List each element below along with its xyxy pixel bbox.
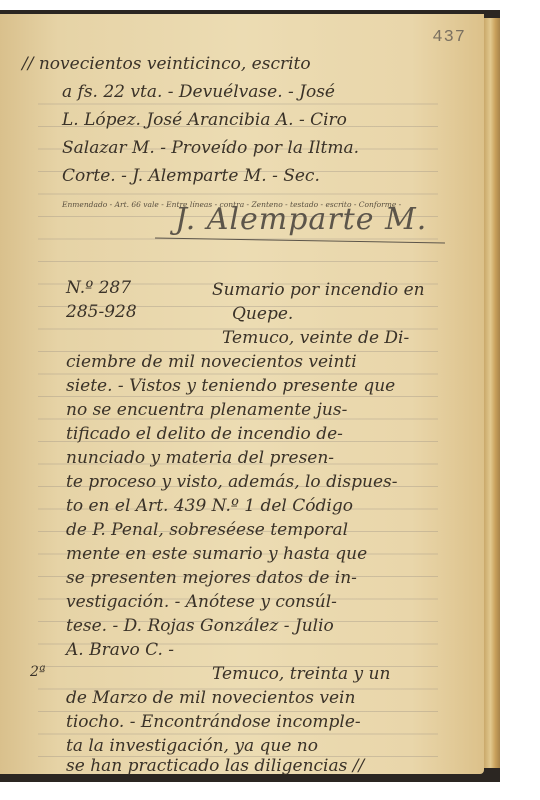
entry-subject-1: Sumario por incendio en (212, 280, 425, 300)
body-line-13: tese. - D. Rojas González - Julio (66, 616, 334, 636)
top-line-1: // novecientos veinticinco, escrito (22, 54, 311, 74)
second-line-5: se han practicado las diligencias // (66, 756, 364, 776)
body-line-5: tificado el delito de incendio de- (66, 424, 343, 444)
second-entry-margin-label: 2ª (30, 664, 46, 680)
body-line-6: nunciado y materia del presen- (66, 448, 334, 468)
body-line-10: mente en este sumario y hasta que (66, 544, 367, 564)
body-line-2: ciembre de mil novecientos veinti (66, 352, 357, 372)
ledger-page: 437 // novecientos veinticinco, escrito … (0, 14, 484, 774)
page-edge (484, 18, 500, 768)
body-line-14: A. Bravo C. - (66, 640, 174, 660)
body-line-3: siete. - Vistos y teniendo presente que (66, 376, 395, 396)
signature: J. Alemparte M. (175, 202, 427, 237)
top-line-5: Corte. - J. Alemparte M. - Sec. (62, 166, 320, 186)
body-line-12: vestigación. - Anótese y consúl- (66, 592, 337, 612)
body-line-7: te proceso y visto, además, lo dispues- (66, 472, 397, 492)
top-line-3: L. López. José Arancibia A. - Ciro (62, 110, 347, 130)
body-line-4: no se encuentra plenamente jus- (66, 400, 347, 420)
second-line-1: Temuco, treinta y un (212, 664, 390, 684)
top-line-2: a fs. 22 vta. - Devuélvase. - José (62, 82, 335, 102)
second-line-2: de Marzo de mil novecientos vein (66, 688, 355, 708)
second-line-4: ta la investigación, ya que no (66, 736, 318, 756)
top-line-4: Salazar M. - Proveído por la Iltma. (62, 138, 359, 158)
body-line-1: Temuco, veinte de Di- (222, 328, 409, 348)
entry-number: N.º 287 (66, 278, 131, 298)
body-line-9: de P. Penal, sobreséese temporal (66, 520, 348, 540)
page-number: 437 (432, 28, 466, 47)
case-number: 285-928 (66, 302, 137, 322)
second-line-3: tiocho. - Encontrándose incomple- (66, 712, 361, 732)
ledger-book: 437 // novecientos veinticinco, escrito … (0, 10, 500, 782)
body-line-11: se presenten mejores datos de in- (66, 568, 357, 588)
entry-subject-2: Quepe. (232, 304, 293, 324)
body-line-8: to en el Art. 439 N.º 1 del Código (66, 496, 353, 516)
